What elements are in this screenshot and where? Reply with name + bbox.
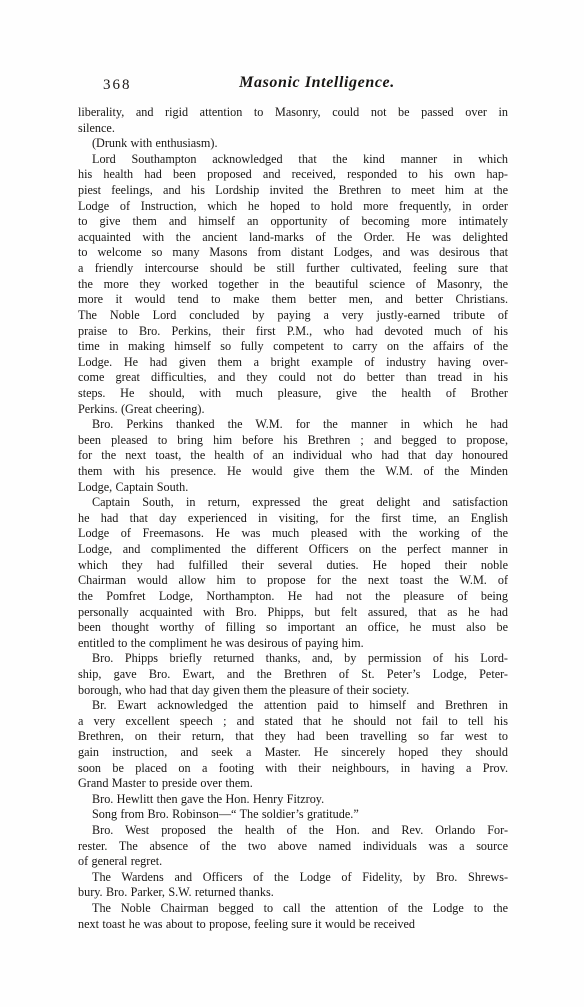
running-title: Masonic Intelligence. bbox=[126, 74, 508, 92]
text-line: (Drunk with enthusiasm). bbox=[78, 136, 508, 152]
text-line: soon be placed on a footing with their n… bbox=[78, 761, 508, 777]
text-line: a friendly intercourse should be still f… bbox=[78, 261, 508, 277]
text-line: bury. Bro. Parker, S.W. returned thanks. bbox=[78, 885, 508, 901]
text-line: borough, who had that day given them the… bbox=[78, 683, 508, 699]
text-line: his health had been proposed and receive… bbox=[78, 167, 508, 183]
text-line: more it would tend to make them better m… bbox=[78, 292, 508, 308]
text-line: the more they worked together in the bea… bbox=[78, 277, 508, 293]
text-line: Lodge, and complimented the different Of… bbox=[78, 542, 508, 558]
text-line: Lodge of Freemasons. He was much pleased… bbox=[78, 526, 508, 542]
text-line: Captain South, in return, expressed the … bbox=[78, 495, 508, 511]
text-block: liberality, and rigid attention to Mason… bbox=[78, 105, 508, 932]
text-line: steps. He should, with much pleasure, gi… bbox=[78, 386, 508, 402]
text-line: Perkins. (Great cheering). bbox=[78, 402, 508, 418]
text-line: the Pomfret Lodge, Northampton. He had n… bbox=[78, 589, 508, 605]
text-line: acquainted with the ancient land-marks o… bbox=[78, 230, 508, 246]
text-line: entitled to the compliment he was desiro… bbox=[78, 636, 508, 652]
text-line: next toast he was about to propose, feel… bbox=[78, 917, 508, 933]
text-line: which they had fulfilled their several d… bbox=[78, 558, 508, 574]
text-line: Lodge, Captain South. bbox=[78, 480, 508, 496]
text-line: piest feelings, and his Lordship invited… bbox=[78, 183, 508, 199]
text-line: Bro. Hewlitt then gave the Hon. Henry Fi… bbox=[78, 792, 508, 808]
text-line: Lodge of Instruction, which he hoped to … bbox=[78, 199, 508, 215]
text-line: Bro. West proposed the health of the Hon… bbox=[78, 823, 508, 839]
text-line: Br. Ewart acknowledged the attention pai… bbox=[78, 698, 508, 714]
text-line: ship, gave Bro. Ewart, and the Brethren … bbox=[78, 667, 508, 683]
text-line: to give them and himself an opportunity … bbox=[78, 214, 508, 230]
text-line: time in making himself so fully competen… bbox=[78, 339, 508, 355]
text-line: personally acquainted with Bro. Phipps, … bbox=[78, 605, 508, 621]
text-line: liberality, and rigid attention to Mason… bbox=[78, 105, 508, 121]
text-line: for the next toast, the health of an ind… bbox=[78, 448, 508, 464]
text-line: praise to Bro. Perkins, their first P.M.… bbox=[78, 324, 508, 340]
text-line: The Noble Chairman begged to call the at… bbox=[78, 901, 508, 917]
text-line: gain instruction, and seek a Master. He … bbox=[78, 745, 508, 761]
text-line: them with his presence. He would give th… bbox=[78, 464, 508, 480]
text-line: rester. The absence of the two above nam… bbox=[78, 839, 508, 855]
text-line: Lord Southampton acknowledged that the k… bbox=[78, 152, 508, 168]
text-line: Brethren, on their return, that they had… bbox=[78, 729, 508, 745]
text-line: silence. bbox=[78, 121, 508, 137]
text-line: The Noble Lord concluded by paying a ver… bbox=[78, 308, 508, 324]
text-line: been thought worthy of filling so import… bbox=[78, 620, 508, 636]
text-line: Bro. Perkins thanked the W.M. for the ma… bbox=[78, 417, 508, 433]
text-line: a very excellent speech ; and stated tha… bbox=[78, 714, 508, 730]
text-line: been pleased to bring him before his Bre… bbox=[78, 433, 508, 449]
page-header: 368 Masonic Intelligence. bbox=[78, 74, 508, 98]
text-line: Lodge. He had given them a bright exampl… bbox=[78, 355, 508, 371]
text-line: Grand Master to preside over them. bbox=[78, 776, 508, 792]
text-line: come great difficulties, and they could … bbox=[78, 370, 508, 386]
document-page: 368 Masonic Intelligence. liberality, an… bbox=[0, 0, 584, 1007]
text-line: he had that day experienced in visiting,… bbox=[78, 511, 508, 527]
text-line: Song from Bro. Robinson—“ The soldier’s … bbox=[78, 807, 508, 823]
text-line: Chairman would allow him to propose for … bbox=[78, 573, 508, 589]
text-line: The Wardens and Officers of the Lodge of… bbox=[78, 870, 508, 886]
text-line: Bro. Phipps briefly returned thanks, and… bbox=[78, 651, 508, 667]
text-line: of general regret. bbox=[78, 854, 508, 870]
text-line: to welcome so many Masons from distant L… bbox=[78, 245, 508, 261]
